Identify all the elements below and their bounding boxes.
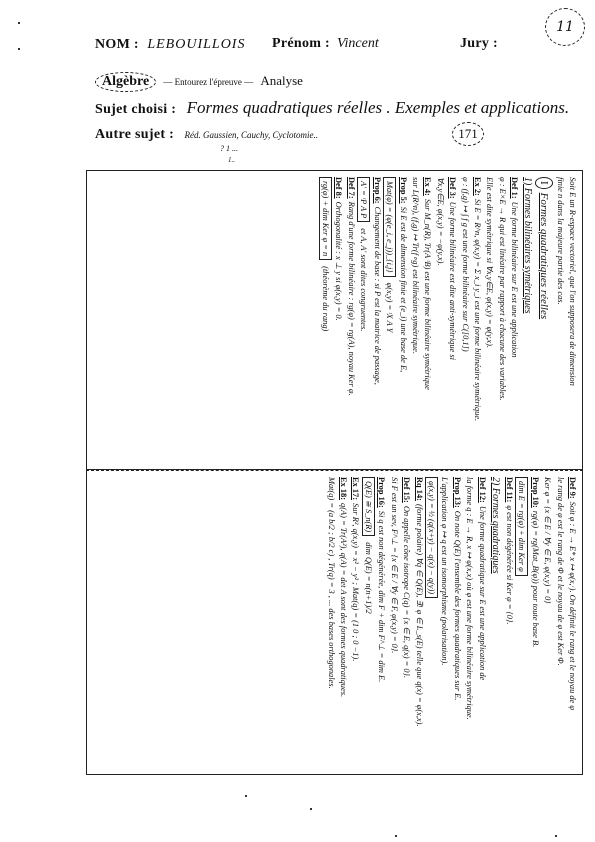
- page-number-mark: 11: [545, 8, 585, 46]
- line-text: q(A) = Tr(A²), q(A) = det A sont des for…: [339, 503, 348, 697]
- autre-annotation-2: 1..: [228, 156, 235, 164]
- handwritten-line: L'application φ ↦ q est un isomorphisme …: [438, 477, 450, 768]
- line-text-after: φ(x,y) = ᵗX A Y: [385, 283, 394, 333]
- line-text: Ker φ = {x ∈ E / ∀y ∈ E, φ(x,y) = 0}: [543, 477, 552, 604]
- handwritten-line: Def 3:Une forme bilinéaire est dite anti…: [446, 177, 458, 463]
- line-text: Une forme bilinéaire sur E est une appli…: [510, 202, 519, 358]
- handwritten-text-top: Soit E un R-espace vectoriel, que l'on s…: [315, 171, 582, 469]
- handwritten-line: A' = ᵗP A Pet A, A' sont dites congruent…: [357, 177, 370, 463]
- line-text: finie n dans la majeure partie des cas.: [556, 177, 565, 305]
- handwritten-line: Prop 5:Si E est de dimension finie et (e…: [396, 177, 408, 463]
- prenom-value: Vincent: [337, 36, 379, 52]
- handwritten-line: Def 8:Orthogonalité : x ⊥ y si φ(x,y) = …: [332, 177, 344, 463]
- handwritten-line: dim E = rg(φ) + dim Ker φ: [515, 477, 528, 768]
- line-text: Soit φ : E → E* x ↦ φ(x,·). On définit l…: [568, 502, 577, 710]
- item-label: Def 1:: [510, 177, 519, 199]
- handwritten-line: Q(E) ≅ S_n(R)dim Q(E) = n(n+1)/2: [362, 477, 375, 768]
- line-text: 2) Formes quadratiques: [490, 477, 501, 574]
- line-text: Formes quadratiques réelles: [538, 193, 550, 319]
- autre-sujet-row: Autre sujet : Réd. Gaussien, Cauchy, Cyc…: [95, 126, 318, 143]
- line-text: 1) Formes bilinéaires symétriques: [522, 177, 533, 314]
- handwritten-line: Def 15:On appelle cône isotrope C(q) = {…: [400, 477, 412, 768]
- item-label: Prop 13:: [453, 477, 462, 508]
- item-label: Def 12:: [478, 477, 487, 503]
- handwritten-line: Def 11:φ est non dégénérée si Ker φ = {0…: [503, 477, 515, 768]
- handwritten-line: finie n dans la majeure partie des cas.: [553, 177, 565, 463]
- rotated-content-top: Soit E un R-espace vectoriel, que l'on s…: [87, 171, 582, 469]
- handwritten-line: Ker φ = {x ∈ E / ∀y ∈ E, φ(x,y) = 0}: [541, 477, 553, 768]
- item-label: Def 9:: [568, 477, 577, 499]
- handwritten-line: Mat(φ) = (φ(e_i, e_j))_{i,j}φ(x,y) = ᵗX …: [383, 177, 396, 463]
- line-text: φ est non dégénérée si Ker φ = {0}.: [505, 505, 514, 624]
- handwritten-line: Prop 13:On note Q(E) l'ensemble des form…: [450, 477, 462, 768]
- boxed-formula: A' = ᵗP A P: [357, 177, 370, 222]
- autre-value: Réd. Gaussien, Cauchy, Cyclotomie..: [185, 130, 318, 140]
- nom-value: LEBOUILLOIS: [147, 37, 245, 52]
- item-label: Def 8:: [335, 177, 344, 199]
- scan-speck: [555, 835, 557, 837]
- handwritten-text-bottom: Def 9:Soit φ : E → E* x ↦ φ(x,·). On déf…: [320, 471, 582, 774]
- nom-label: NOM :: [95, 37, 139, 52]
- line-text: On note Q(E) l'ensemble des formes quadr…: [453, 511, 462, 701]
- handwritten-line: Def 1:Une forme bilinéaire sur E est une…: [508, 177, 520, 463]
- handwritten-line: φ(x,y) = ½ (q(x+y) − q(x) − q(y)): [425, 477, 438, 768]
- boxed-formula: Q(E) ≅ S_n(R): [362, 477, 375, 536]
- handwritten-line: 1) Formes bilinéaires symétriques: [520, 177, 535, 463]
- line-text: (forme polaire) ∀q ∈ Q(E), ∃! φ ∈ L_s(E)…: [415, 504, 424, 727]
- line-text: Elle est dite symétrique si ∀x,y∈E, φ(x,…: [485, 177, 494, 348]
- boxed-formula: rg(φ) + dim Ker φ = n: [319, 177, 332, 260]
- line-text: φ : (f,g) ↦ ∫ f g est une forme bilinéai…: [461, 177, 470, 352]
- handwritten-line: Mat(q) = (a b/2 ; b/2 c) , Tr(q) = 3 , .…: [324, 477, 336, 768]
- sujet-value: Formes quadratiques réelles . Exemples e…: [187, 98, 569, 117]
- handwritten-line: Elle est dite symétrique si ∀x,y∈E, φ(x,…: [483, 177, 495, 463]
- line-text: Une forme bilinéaire est dite anti-symét…: [448, 202, 457, 360]
- line-text-after: (théorème du rang): [321, 266, 330, 331]
- line-text: Rang d'une forme bilinéaire : rg(φ) = rg…: [347, 202, 356, 396]
- item-label: Rq 14:: [415, 477, 424, 501]
- scan-speck: [18, 48, 20, 50]
- rotated-content-bottom: Def 9:Soit φ : E → E* x ↦ φ(x,·). On déf…: [87, 471, 582, 774]
- handwritten-line: Prop 10:rg(φ) = rg(Mat_B(φ)) pour toute …: [528, 477, 540, 768]
- line-text-after: et A, A' sont dites congruentes.: [359, 228, 368, 331]
- handwritten-line: Prop 16:Si q est non dégénérée, dim F + …: [375, 477, 387, 768]
- scan-speck: [310, 808, 312, 810]
- lesson-panel-top: Soit E un R-espace vectoriel, que l'on s…: [86, 170, 583, 470]
- boxed-formula: dim E = rg(φ) + dim Ker φ: [515, 477, 528, 576]
- handwritten-line: ∀x,y∈E, φ(x,y) = −φ(y,x).: [433, 177, 445, 463]
- handwritten-line: Si F est un sev, F^⊥ = {x ∈ E / ∀y ∈ F, …: [387, 477, 399, 768]
- boxed-formula: Mat(φ) = (φ(e_i, e_j))_{i,j}: [383, 177, 396, 277]
- scan-speck: [18, 22, 20, 24]
- autre-label: Autre sujet :: [95, 127, 174, 142]
- handwritten-line: le rang de φ est le rang de Φ et le noya…: [553, 477, 565, 768]
- line-text: Soit E un R-espace vectoriel, que l'on s…: [568, 177, 577, 386]
- handwritten-line: 2) Formes quadratiques: [488, 477, 503, 768]
- handwritten-line: Ex 17:Sur R², q(x,y) = x² − y² ; Mat(q) …: [349, 477, 361, 768]
- epreuve-instruction: — Entourez l'épreuve —: [163, 77, 253, 87]
- epreuve-algebre-circled: Algèbre: [95, 72, 156, 92]
- handwritten-line: Rq 14:(forme polaire) ∀q ∈ Q(E), ∃! φ ∈ …: [412, 477, 424, 768]
- lesson-panel-bottom: Def 9:Soit φ : E → E* x ↦ φ(x,·). On déf…: [86, 470, 583, 775]
- item-label: Def 11:: [505, 477, 514, 502]
- handwritten-line: Ex 4:Sur M_n(R), Tr(A ᵗB) est une forme …: [421, 177, 433, 463]
- line-text: Si F est un sev, F^⊥ = {x ∈ E / ∀y ∈ F, …: [390, 477, 399, 653]
- header-name-row: NOM : LEBOUILLOIS Prénom : Vincent Jury …: [95, 36, 245, 53]
- handwritten-line: Soit E un R-espace vectoriel, que l'on s…: [566, 177, 578, 463]
- handwritten-line: Def 7:Rang d'une forme bilinéaire : rg(φ…: [345, 177, 357, 463]
- line-text: ∀x,y∈E, φ(x,y) = −φ(y,x).: [436, 177, 445, 265]
- handwritten-line: φ : (f,g) ↦ ∫ f g est une forme bilinéai…: [458, 177, 470, 463]
- line-text: sur L(R^n), (f,g) ↦ Tr(f∘g) est bilinéai…: [411, 177, 420, 354]
- line-text: Si E est de dimension finie et (e_i) une…: [399, 207, 408, 373]
- epreuve-analyse: Analyse: [260, 73, 303, 88]
- line-text: le rang de φ est le rang de Φ et le noya…: [556, 477, 565, 666]
- item-label: Ex 17:: [352, 477, 361, 500]
- handwritten-line: sur L(R^n), (f,g) ↦ Tr(f∘g) est bilinéai…: [409, 177, 421, 463]
- item-label: Prop 10:: [531, 477, 540, 508]
- handwritten-line: rg(φ) + dim Ker φ = n(théorème du rang): [319, 177, 332, 463]
- item-label: Ex 18:: [339, 477, 348, 500]
- line-text: L'application φ ↦ q est un isomorphisme …: [440, 477, 449, 665]
- prenom-label: Prénom :: [272, 36, 330, 52]
- handwritten-line: Prop 6:Changement de base : si P est la …: [370, 177, 382, 463]
- line-text: Changement de base : si P est la matrice…: [373, 207, 382, 385]
- line-text: Si E = R^n, φ(x,y) = Σ x_i y_i est une f…: [473, 199, 482, 421]
- item-label: Def 3:: [448, 177, 457, 199]
- sujet-label: Sujet choisi :: [95, 102, 176, 117]
- section-number: I: [535, 177, 553, 189]
- item-label: Ex 4:: [423, 177, 432, 196]
- item-label: Def 15:: [402, 477, 411, 503]
- scan-speck: [395, 835, 397, 837]
- line-text: rg(φ) = rg(Mat_B(φ)) pour toute base B.: [531, 511, 540, 647]
- line-text: φ : E×E → R qui est linéaire par rapport…: [498, 177, 507, 401]
- item-label: Def 7:: [347, 177, 356, 199]
- boxed-formula: φ(x,y) = ½ (q(x+y) − q(x) − q(y)): [425, 477, 438, 598]
- item-label: Ex 2:: [473, 177, 482, 196]
- line-text: Mat(q) = (a b/2 ; b/2 c) , Tr(q) = 3 , .…: [327, 477, 336, 689]
- item-label: Prop 6:: [373, 177, 382, 204]
- handwritten-line: la forme q : E → R, x ↦ φ(x,x) où φ est …: [463, 477, 475, 768]
- handwritten-line: Def 9:Soit φ : E → E* x ↦ φ(x,·). On déf…: [566, 477, 578, 768]
- autre-annotation-1: ? 1 ...: [220, 144, 238, 153]
- handwritten-line: Ex 18:q(A) = Tr(A²), q(A) = det A sont d…: [337, 477, 349, 768]
- handwritten-line: φ : E×E → R qui est linéaire par rapport…: [495, 177, 507, 463]
- line-text: Sur R², q(x,y) = x² − y² ; Mat(q) = (1 0…: [352, 503, 361, 661]
- epreuve-row: Algèbre — Entourez l'épreuve — Analyse: [95, 72, 303, 92]
- line-text-after: dim Q(E) = n(n+1)/2: [364, 542, 373, 614]
- item-label: Prop 16:: [377, 477, 386, 508]
- line-text: Une forme quadratique sur E est une appl…: [478, 506, 487, 680]
- line-text: Orthogonalité : x ⊥ y si φ(x,y) = 0.: [335, 202, 344, 321]
- line-text: Sur M_n(R), Tr(A ᵗB) est une forme bilin…: [423, 199, 432, 390]
- sujet-row: Sujet choisi : Formes quadratiques réell…: [95, 98, 569, 118]
- item-label: Prop 5:: [399, 177, 408, 204]
- jury-label: Jury :: [460, 36, 498, 52]
- scan-speck: [245, 795, 247, 797]
- line-text: Si q est non dégénérée, dim F + dim F^⊥ …: [377, 511, 386, 682]
- handwritten-line: Def 12:Une forme quadratique sur E est u…: [475, 477, 487, 768]
- handwritten-line: IFormes quadratiques réelles: [535, 177, 553, 463]
- lesson-number-circled: 171: [452, 122, 484, 146]
- line-text: On appelle cône isotrope C(q) = {x ∈ E, …: [402, 506, 411, 678]
- handwritten-line: Ex 2:Si E = R^n, φ(x,y) = Σ x_i y_i est …: [471, 177, 483, 463]
- line-text: la forme q : E → R, x ↦ φ(x,x) où φ est …: [465, 477, 474, 720]
